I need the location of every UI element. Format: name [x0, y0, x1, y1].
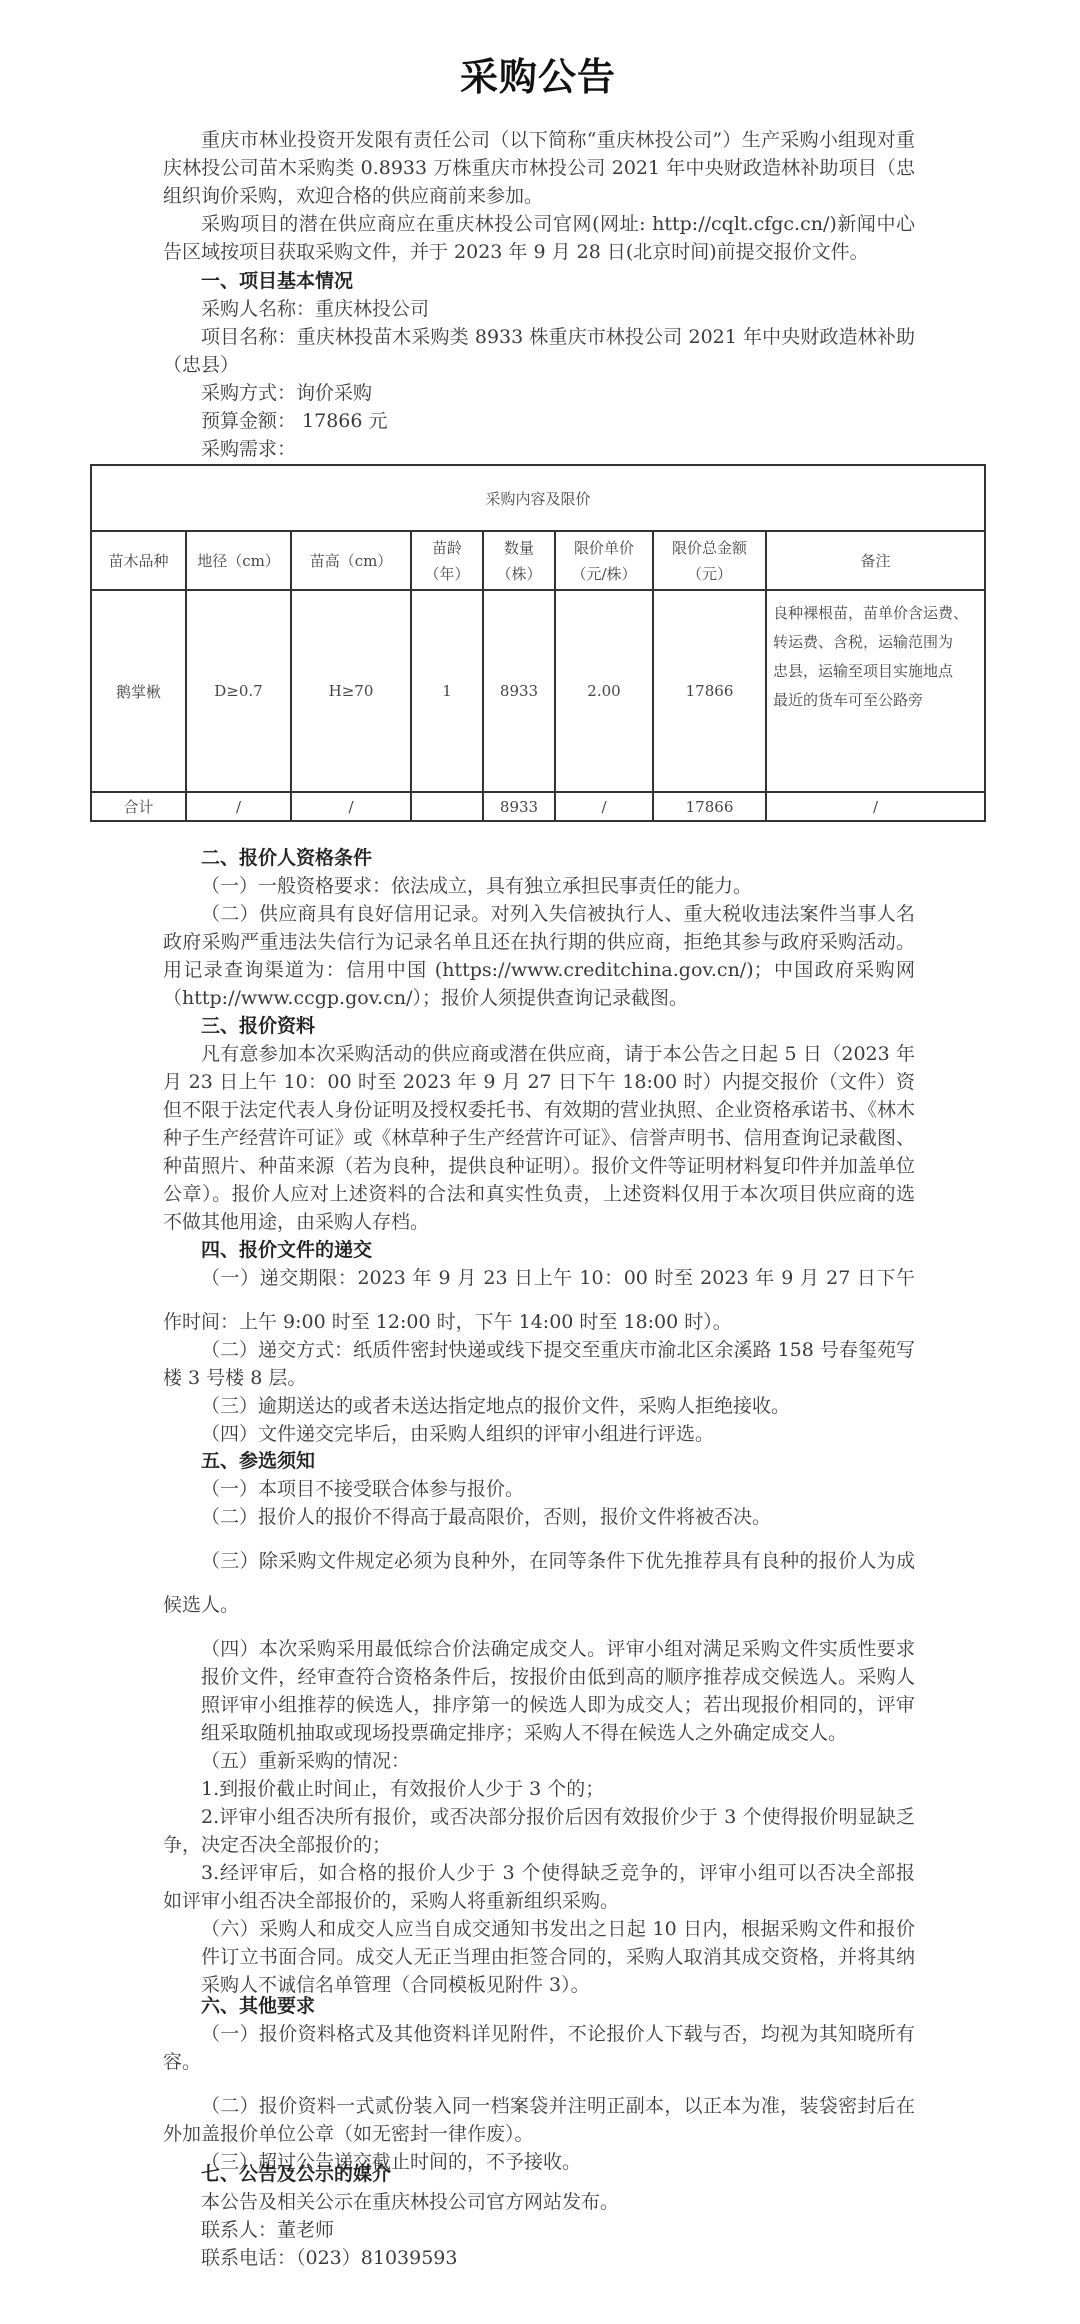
table-total-row: 合计//8933/17866/	[91, 792, 985, 821]
text-line: 本公告及相关公示在重庆林投公司官方网站发布。	[163, 2188, 915, 2216]
text-line: 公章）。报价人应对上述资料的合法和真实性负责，上述资料仅用于本次项目供应商的选择…	[163, 1180, 915, 1208]
table-cell: H≥70	[291, 590, 411, 792]
text-line: 重庆市林业投资开发限有责任公司（以下简称“重庆林投公司”）生产采购小组现对重	[163, 126, 915, 154]
section-qualification: 二、报价人资格条件（一）一般资格要求：依法成立，具有独立承担民事责任的能力。（二…	[163, 844, 915, 1012]
section-heading: 三、报价资料	[163, 1012, 915, 1040]
section-heading: 四、报价文件的递交	[163, 1236, 915, 1264]
text-line: 种子生产经营许可证》或《林草种子生产经营许可证》、信誉声明书、信用查询记录截图、	[163, 1124, 915, 1152]
text-line: 采购方式：询价采购	[163, 379, 915, 407]
text-line: 政府采购严重违法失信行为记录名单且还在执行期的供应商，拒绝其参与政府采购活动。信	[163, 928, 915, 956]
text-line: 2.评审小组否决所有报价，或否决部分报价后因有效报价少于 3 个使得报价明显缺乏…	[163, 1803, 915, 1831]
text-line: （一）本项目不接受联合体参与报价。	[163, 1475, 915, 1503]
spacer	[163, 1575, 915, 1591]
text-line: 采购人名称：重庆林投公司	[163, 295, 915, 323]
table-header-cell: 地径（cm）	[186, 531, 291, 590]
table-total-cell: 合计	[91, 792, 186, 821]
text-line: 采购需求：	[163, 435, 915, 463]
header-line: （株）	[484, 561, 554, 587]
text-line: 但不限于法定代表人身份证明及授权委托书、有效期的营业执照、企业资格承诺书、《林木	[163, 1096, 915, 1124]
text-line: （二）递交方式：纸质件密封快递或线下提交至重庆市渝北区余溪路 158 号春玺苑写…	[163, 1336, 915, 1364]
text-line: （三）逾期送达的或者未送达指定地点的报价文件，采购人拒绝接收。	[163, 1392, 915, 1420]
text-line: 凡有意参加本次采购活动的供应商或潜在供应商，请于本公告之日起 5 日（2023 …	[163, 1040, 915, 1068]
table-header-cell: 苗木品种	[91, 531, 186, 590]
text-line: （二）供应商具有良好信用记录。对列入失信被执行人、重大税收违法案件当事人名单、	[163, 900, 915, 928]
note-line: 良种裸根苗，苗单价含运费、	[773, 599, 980, 628]
text-line: 组织询价采购，欢迎合格的供应商前来参加。	[163, 182, 915, 210]
section-heading: 二、报价人资格条件	[163, 844, 915, 872]
section-submission: 四、报价文件的递交（一）递交期限：2023 年 9 月 23 日上午 10：00…	[163, 1236, 915, 1448]
table-header-cell: 限价总金额（元）	[653, 531, 766, 590]
text-line: （忠县）	[163, 351, 915, 379]
table-cell: 2.00	[555, 590, 653, 792]
procurement-table: 采购内容及限价 苗木品种地径（cm）苗高（cm）苗龄（年）数量（株）限价单价（元…	[90, 464, 986, 822]
table-cell: D≥0.7	[186, 590, 291, 792]
text-line: 照评审小组推荐的候选人，排序第一的候选人即为成交人；若出现报价相同的，评审小	[163, 1691, 915, 1719]
text-line: 1.到报价截止时间止，有效报价人少于 3 个的；	[163, 1775, 915, 1803]
table-header-row: 苗木品种地径（cm）苗高（cm）苗龄（年）数量（株）限价单价（元/株）限价总金额…	[91, 531, 985, 590]
table-cell: 8933	[483, 590, 555, 792]
section-heading: 七、公告及公示的媒介	[163, 2160, 915, 2188]
section-notice: 五、参选须知（一）本项目不接受联合体参与报价。（二）报价人的报价不得高于最高限价…	[163, 1447, 915, 1999]
text-line: （二）报价资料一式贰份装入同一档案袋并注明正副本，以正本为准，装袋密封后在袋	[163, 2092, 915, 2120]
text-line: 报价文件，经审查符合资格条件后，按报价由低到高的顺序推荐成交候选人。采购人按	[163, 1663, 915, 1691]
text-line: （一）一般资格要求：依法成立，具有独立承担民事责任的能力。	[163, 872, 915, 900]
text-line: 争，决定否决全部报价的；	[163, 1831, 915, 1859]
section-basic-info: 一、项目基本情况采购人名称：重庆林投公司项目名称：重庆林投苗木采购类 8933 …	[163, 267, 915, 463]
text-line: 采购项目的潜在供应商应在重庆林投公司官网(网址: http://cqlt.cfg…	[163, 210, 915, 238]
table-total-cell	[411, 792, 483, 821]
text-line: 件订立书面合同。成交人无正当理由拒签合同的，采购人取消其成交资格，并将其纳入	[163, 1943, 915, 1971]
spacer	[163, 2076, 915, 2092]
table-total-cell: /	[291, 792, 411, 821]
table-row: 鹅掌楸D≥0.7H≥70189332.0017866良种裸根苗，苗单价含运费、转…	[91, 590, 985, 792]
note-line: 转运费、含税，运输范围为	[773, 628, 980, 657]
table-cell: 1	[411, 590, 483, 792]
text-line: 3.经评审后，如合格的报价人少于 3 个使得缺乏竞争的，评审小组可以否决全部报价…	[163, 1859, 915, 1887]
spacer	[163, 1619, 915, 1635]
text-line: （五）重新采购的情况：	[163, 1747, 915, 1775]
table-header-cell: 备注	[766, 531, 985, 590]
header-line: 苗龄	[412, 535, 482, 561]
note-line: 最近的货车可至公路旁	[773, 686, 980, 715]
text-line: （http://www.ccgp.gov.cn/）；报价人须提供查询记录截图。	[163, 984, 915, 1012]
header-line: 苗木品种	[92, 548, 185, 574]
table-total-cell: 8933	[483, 792, 555, 821]
text-line: 种苗照片、种苗来源（若为良种，提供良种证明）。报价文件等证明材料复印件并加盖单位	[163, 1152, 915, 1180]
text-line: （四）文件递交完毕后，由采购人组织的评审小组进行评选。	[163, 1420, 915, 1448]
table-cell: 17866	[653, 590, 766, 792]
spacer	[163, 1292, 915, 1308]
text-line: 楼 3 号楼 8 层。	[163, 1364, 915, 1392]
section-heading: 五、参选须知	[163, 1447, 915, 1475]
section-heading: 六、其他要求	[163, 1992, 915, 2020]
text-line: 联系人：董老师	[163, 2216, 915, 2244]
text-line: 预算金额： 17866 元	[163, 407, 915, 435]
header-line: （年）	[412, 561, 482, 587]
text-line: 项目名称：重庆林投苗木采购类 8933 株重庆市林投公司 2021 年中央财政造…	[163, 323, 915, 351]
header-line: （元）	[654, 561, 765, 587]
text-line: 庆林投公司苗木采购类 0.8933 万株重庆市林投公司 2021 年中央财政造林…	[163, 154, 915, 182]
table-header-cell: 数量（株）	[483, 531, 555, 590]
header-line: 备注	[767, 548, 984, 574]
text-line: 容。	[163, 2048, 915, 2076]
section-media: 七、公告及公示的媒介本公告及相关公示在重庆林投公司官方网站发布。联系人：董老师联…	[163, 2160, 915, 2272]
text-line: 联系电话：（023）81039593	[163, 2244, 915, 2272]
text-line: （一）递交期限：2023 年 9 月 23 日上午 10：00 时至 2023 …	[163, 1264, 915, 1292]
header-line: （元/株）	[556, 561, 652, 587]
text-line: （四）本次采购采用最低综合价法确定成交人。评审小组对满足采购文件实质性要求的	[163, 1635, 915, 1663]
text-line: （三）除采购文件规定必须为良种外，在同等条件下优先推荐具有良种的报价人为成交	[163, 1547, 915, 1575]
page-title: 采购公告	[0, 52, 1076, 102]
table-total-cell: /	[766, 792, 985, 821]
table-caption: 采购内容及限价	[91, 465, 985, 531]
text-line: 外加盖报价单位公章（如无密封一律作废）。	[163, 2120, 915, 2148]
table-total-cell: 17866	[653, 792, 766, 821]
header-line: 地径（cm）	[187, 548, 290, 574]
section-other-requirements: 六、其他要求（一）报价资料格式及其他资料详见附件，不论报价人下载与否，均视为其知…	[163, 1992, 915, 2176]
table-total-cell: /	[555, 792, 653, 821]
header-line: 苗高（cm）	[292, 548, 410, 574]
text-line: 组采取随机抽取或现场投票确定排序；采购人不得在候选人之外确定成交人。	[163, 1719, 915, 1747]
spacer	[163, 1531, 915, 1547]
text-line: （一）报价资料格式及其他资料详见附件，不论报价人下载与否，均视为其知晓所有内	[163, 2020, 915, 2048]
table-cell-note: 良种裸根苗，苗单价含运费、转运费、含税，运输范围为忠县，运输至项目实施地点最近的…	[766, 590, 985, 792]
section-quote-materials: 三、报价资料凡有意参加本次采购活动的供应商或潜在供应商，请于本公告之日起 5 日…	[163, 1012, 915, 1236]
section-heading: 一、项目基本情况	[163, 267, 915, 295]
text-line: （六）采购人和成交人应当自成交通知书发出之日起 10 日内，根据采购文件和报价文	[163, 1915, 915, 1943]
table-header-cell: 苗高（cm）	[291, 531, 411, 590]
text-line: 告区域按项目获取采购文件，并于 2023 年 9 月 28 日(北京时间)前提交…	[163, 238, 915, 266]
text-line: 如评审小组否决全部报价的，采购人将重新组织采购。	[163, 1887, 915, 1915]
table-total-cell: /	[186, 792, 291, 821]
table-cell: 鹅掌楸	[91, 590, 186, 792]
text-line: 不做其他用途，由采购人存档。	[163, 1208, 915, 1236]
intro-paragraph: 重庆市林业投资开发限有责任公司（以下简称“重庆林投公司”）生产采购小组现对重庆林…	[163, 126, 915, 266]
text-line: 用记录查询渠道为：信用中国 (https://www.creditchina.g…	[163, 956, 915, 984]
text-line: （二）报价人的报价不得高于最高限价，否则，报价文件将被否决。	[163, 1503, 915, 1531]
text-line: 候选人。	[163, 1591, 915, 1619]
header-line: 限价总金额	[654, 535, 765, 561]
text-line: 月 23 日上午 10：00 时至 2023 年 9 月 27 日下午 18:0…	[163, 1068, 915, 1096]
text-line: 作时间：上午 9:00 时至 12:00 时，下午 14:00 时至 18:00…	[163, 1308, 915, 1336]
note-line: 忠县，运输至项目实施地点	[773, 657, 980, 686]
table-header-cell: 限价单价（元/株）	[555, 531, 653, 590]
table-header-cell: 苗龄（年）	[411, 531, 483, 590]
header-line: 数量	[484, 535, 554, 561]
header-line: 限价单价	[556, 535, 652, 561]
